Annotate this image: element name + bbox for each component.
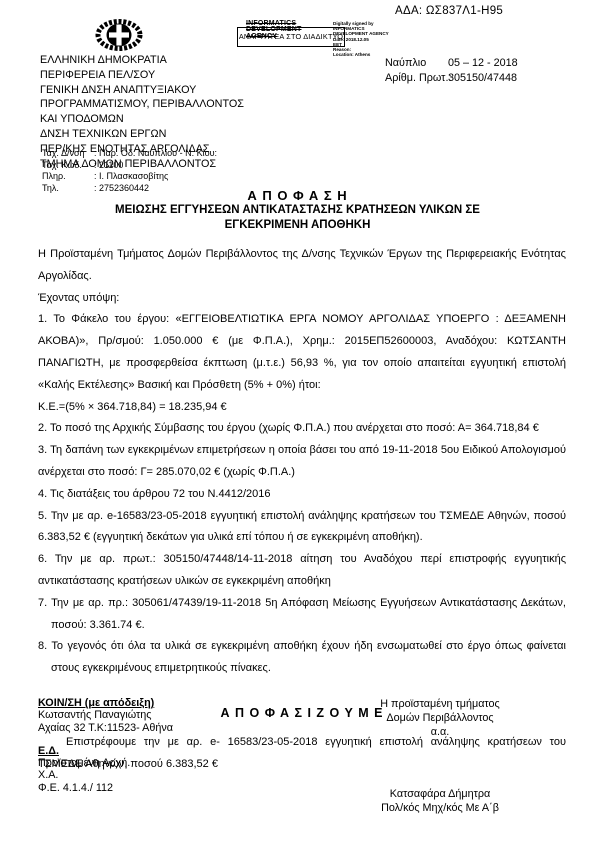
ed-heading: Ε.Δ. — [38, 745, 173, 757]
signer-role: Πολ/κός Μηχ/κός Με Α΄β — [320, 801, 560, 815]
org-line: ΠΕΡΙΦΕΡΕΙΑ ΠΕΛ/ΣΟΥ — [40, 68, 244, 83]
protocol-line: Αρίθμ. Πρωτ.:305150/47448 — [385, 71, 518, 86]
protocol-value: 305150/47448 — [448, 72, 517, 84]
consideration-item-1: 1. Το Φάκελο του έργου: «ΕΓΓΕΙΟΒΕΛΤΙΩΤΙΚ… — [38, 309, 566, 396]
org-line: ΔΝΣΗ ΤΕΧΝΙΚΩΝ ΕΡΓΩΝ — [40, 127, 244, 142]
protocol-label: Αρίθμ. Πρωτ.: — [385, 71, 448, 86]
date-protocol-block: Ναύπλιο05 – 12 - 2018 Αρίθμ. Πρωτ.:30515… — [385, 56, 518, 86]
having-regard-line: Έχοντας υπόψη: — [38, 288, 566, 310]
document-title: Α Π Ο Φ Α Σ Η — [0, 188, 595, 203]
consideration-item-5: 5. Την με αρ. e-16583/23-05-2018 εγγυητι… — [38, 506, 566, 550]
contact-value: : Ι. Πλασκασοβίτης — [94, 171, 168, 181]
org-line: ΠΡΟΓΡΑΜΜΑΤΙΣΜΟΥ, ΠΕΡΙΒΑΛΛΟΝΤΟΣ — [40, 97, 244, 112]
document-title-block: Α Π Ο Φ Α Σ Η ΜΕΙΩΣΗΣ ΕΓΓΥΗΣΕΩΝ ΑΝΤΙΚΑΤΑ… — [0, 188, 595, 232]
contact-label: Ταχ. Δ/νση — [42, 148, 94, 160]
consideration-item-3: 3. Τη δαπάνη των εγκεκριμένων επιμετρήσε… — [38, 440, 566, 484]
ed-line: Χ.Α. — [38, 769, 173, 781]
consideration-item-4: 4. Τις διατάξεις του άρθρου 72 του Ν.441… — [38, 484, 566, 506]
org-line: ΓΕΝΙΚΗ ΔΝΣΗ ΑΝΑΠΤΥΞΙΑΚΟΥ — [40, 83, 244, 98]
document-subtitle-line1: ΜΕΙΩΣΗΣ ΕΓΓΥΗΣΕΩΝ ΑΝΤΙΚΑΤΑΣΤΑΣΗΣ ΚΡΑΤΗΣΕ… — [0, 204, 595, 218]
consideration-item-7: 7. Την με αρ. πρ.: 305061/47439/19-11-20… — [38, 593, 566, 637]
greek-coat-of-arms-icon — [94, 19, 144, 56]
signature-space — [320, 739, 560, 787]
distribution-block: ΚΟΙΝ/ΣΗ (με απόδειξη) Κωτσαντής Παναγιώτ… — [38, 697, 173, 794]
signer-title-line: Η προϊσταμένη τμήματος — [320, 697, 560, 711]
contact-line: Ταχ. Κωδ.: 21100 — [42, 160, 217, 172]
contact-value: : Παρ. Οδ. Ναυπλίου - Ν. Κίου: — [94, 148, 217, 158]
consideration-item-2: 2. Το ποσό της Αρχικής Σύμβασης του έργο… — [38, 418, 566, 440]
signer-title-line: Δομών Περιβάλλοντος — [320, 711, 560, 725]
org-line: ΕΛΛΗΝΙΚΗ ΔΗΜΟΚΡΑΤΙΑ — [40, 53, 244, 68]
date-value: 05 – 12 - 2018 — [448, 57, 518, 69]
digital-signature-details: Digitally signed by INFORMATICS DEVELOPM… — [333, 21, 389, 57]
document-body: Η Προϊσταμένη Τμήματος Δομών Περιβάλλοντ… — [38, 244, 566, 776]
city-label: Ναύπλιο — [385, 56, 448, 71]
signature-detail-line: DEVELOPMENT AGENCY — [333, 31, 389, 36]
document-subtitle-line2: ΕΓΚΕΚΡΙΜΕΝΗ ΑΠΟΘΗΚΗ — [0, 219, 595, 233]
ed-line: Φ.Ε. 4.1.4./ 112 — [38, 782, 173, 794]
ed-line: Προϊσταμένη Αρχή. — [38, 757, 173, 769]
signature-detail-line: Location: Athens — [333, 52, 389, 57]
koin-recipient-name: Κωτσαντής Παναγιώτης — [38, 709, 173, 721]
consideration-item-8: 8. Το γεγονός ότι όλα τα υλικά σε εγκεκρ… — [38, 636, 566, 680]
contact-value: : 21100 — [94, 160, 123, 170]
koin-heading: ΚΟΙΝ/ΣΗ (με απόδειξη) — [38, 697, 173, 709]
signer-name: Κατσαφάρα Δήμητρα — [320, 787, 560, 801]
contact-line: Ταχ. Δ/νση: Παρ. Οδ. Ναυπλίου - Ν. Κίου: — [42, 148, 217, 160]
contact-label: Ταχ. Κωδ. — [42, 160, 94, 172]
signature-overlay-line: AGENCY — [246, 34, 301, 40]
spacer — [38, 734, 173, 745]
signature-block: Η προϊσταμένη τμήματος Δομών Περιβάλλοντ… — [320, 697, 560, 815]
signer-title-line: α.α. — [320, 725, 560, 739]
consideration-item-6: 6. Την με αρ. πρωτ.: 305150/47448/14-11-… — [38, 549, 566, 593]
koin-recipient-address: Αχαίας 32 Τ.Κ:11523- Αθήνα — [38, 722, 173, 734]
document-page: ΑΔΑ: ΩΣ837Λ1-Η95 ΑΝΑΡΤΗΤΕΑ ΣΤΟ ΔΙΑΔΙΚΤΥΟ… — [0, 0, 595, 842]
guarantee-formula-line: Κ.Ε.=(5% × 364.718,84) = 18.235,94 € — [38, 397, 566, 419]
city-date-line: Ναύπλιο05 – 12 - 2018 — [385, 56, 518, 71]
org-line: ΚΑΙ ΥΠΟΔΟΜΩΝ — [40, 112, 244, 127]
intro-paragraph: Η Προϊσταμένη Τμήματος Δομών Περιβάλλοντ… — [38, 244, 566, 288]
contact-line: Πληρ.: Ι. Πλασκασοβίτης — [42, 171, 217, 183]
ada-code: ΑΔΑ: ΩΣ837Λ1-Η95 — [395, 5, 503, 17]
contact-label: Πληρ. — [42, 171, 94, 183]
digital-signature-name-overlay: INFORMATICS DEVELOPMENT AGENCY — [246, 21, 301, 40]
